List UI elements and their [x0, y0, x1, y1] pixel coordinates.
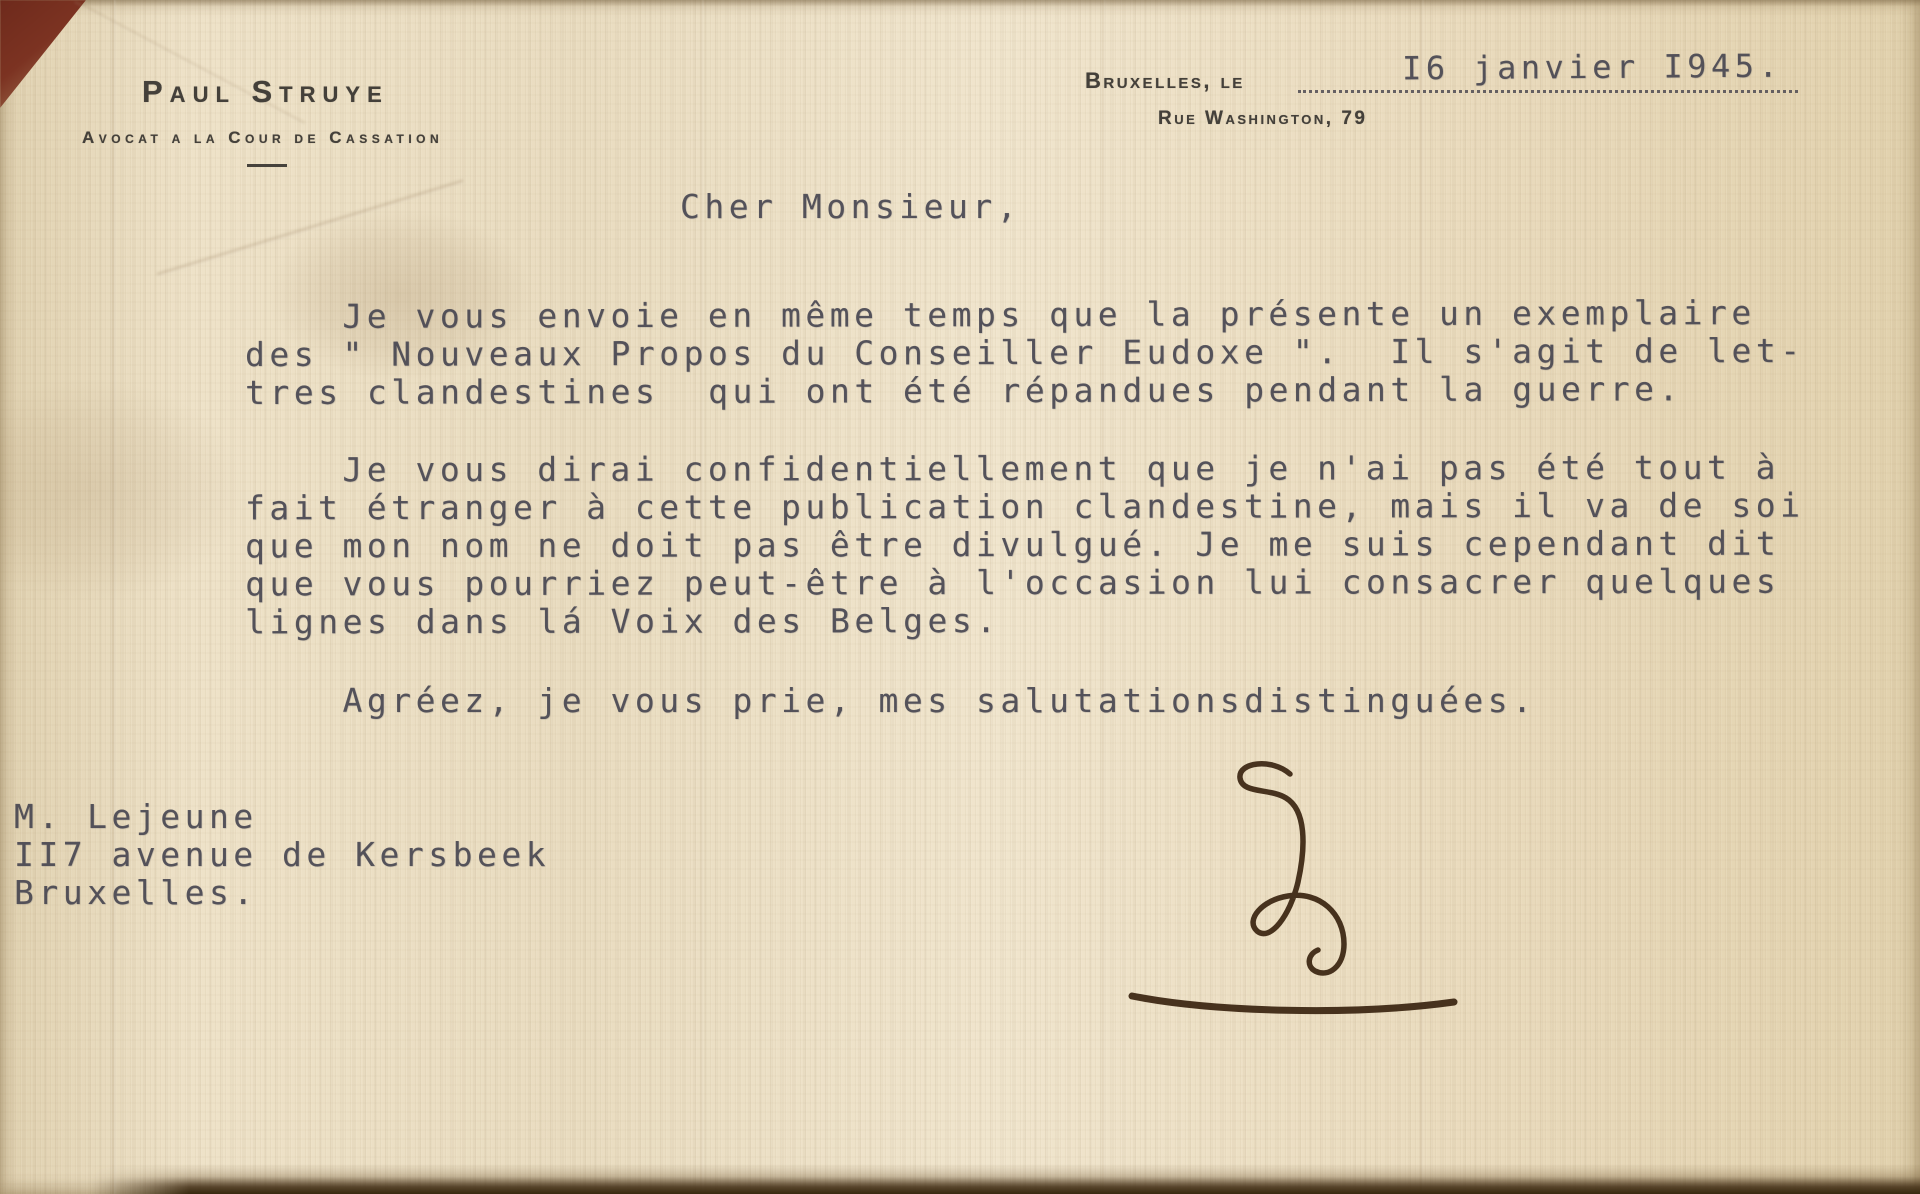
letterhead-name: Paul Struye [142, 74, 389, 110]
body-paragraph-1: Je vous envoie en même temps que la prés… [245, 294, 1805, 412]
top-edge-shadow [0, 0, 1920, 6]
salutation: Cher Monsieur, [680, 188, 1021, 226]
closing-line: Agréez, je vous prie, mes salutationsdis… [245, 682, 1537, 720]
signature-scrawl [1118, 752, 1478, 1022]
city-label: Bruxelles, le [1085, 68, 1245, 94]
signature-stroke [1240, 764, 1344, 973]
letterhead-title: Avocat a la Cour de Cassation [82, 128, 443, 148]
vertical-crease [112, 0, 116, 1194]
body-paragraph-2: Je vous dirai confidentiellement que je … [245, 449, 1805, 642]
top-left-corner-tear [0, 0, 86, 108]
fold-shadow [0, 380, 240, 600]
street-address: Rue Washington, 79 [1158, 108, 1367, 130]
typed-date: I6 janvier I945. [1402, 47, 1783, 88]
recipient-address: M. Lejeune II7 avenue de Kersbeek Bruxel… [14, 798, 550, 912]
signature-underline [1132, 996, 1454, 1011]
diagonal-crease [156, 178, 463, 276]
bottom-edge-shadow [0, 1164, 1920, 1194]
letterhead-rule [247, 164, 287, 167]
letter-page: Paul Struye Avocat a la Cour de Cassatio… [0, 0, 1920, 1194]
